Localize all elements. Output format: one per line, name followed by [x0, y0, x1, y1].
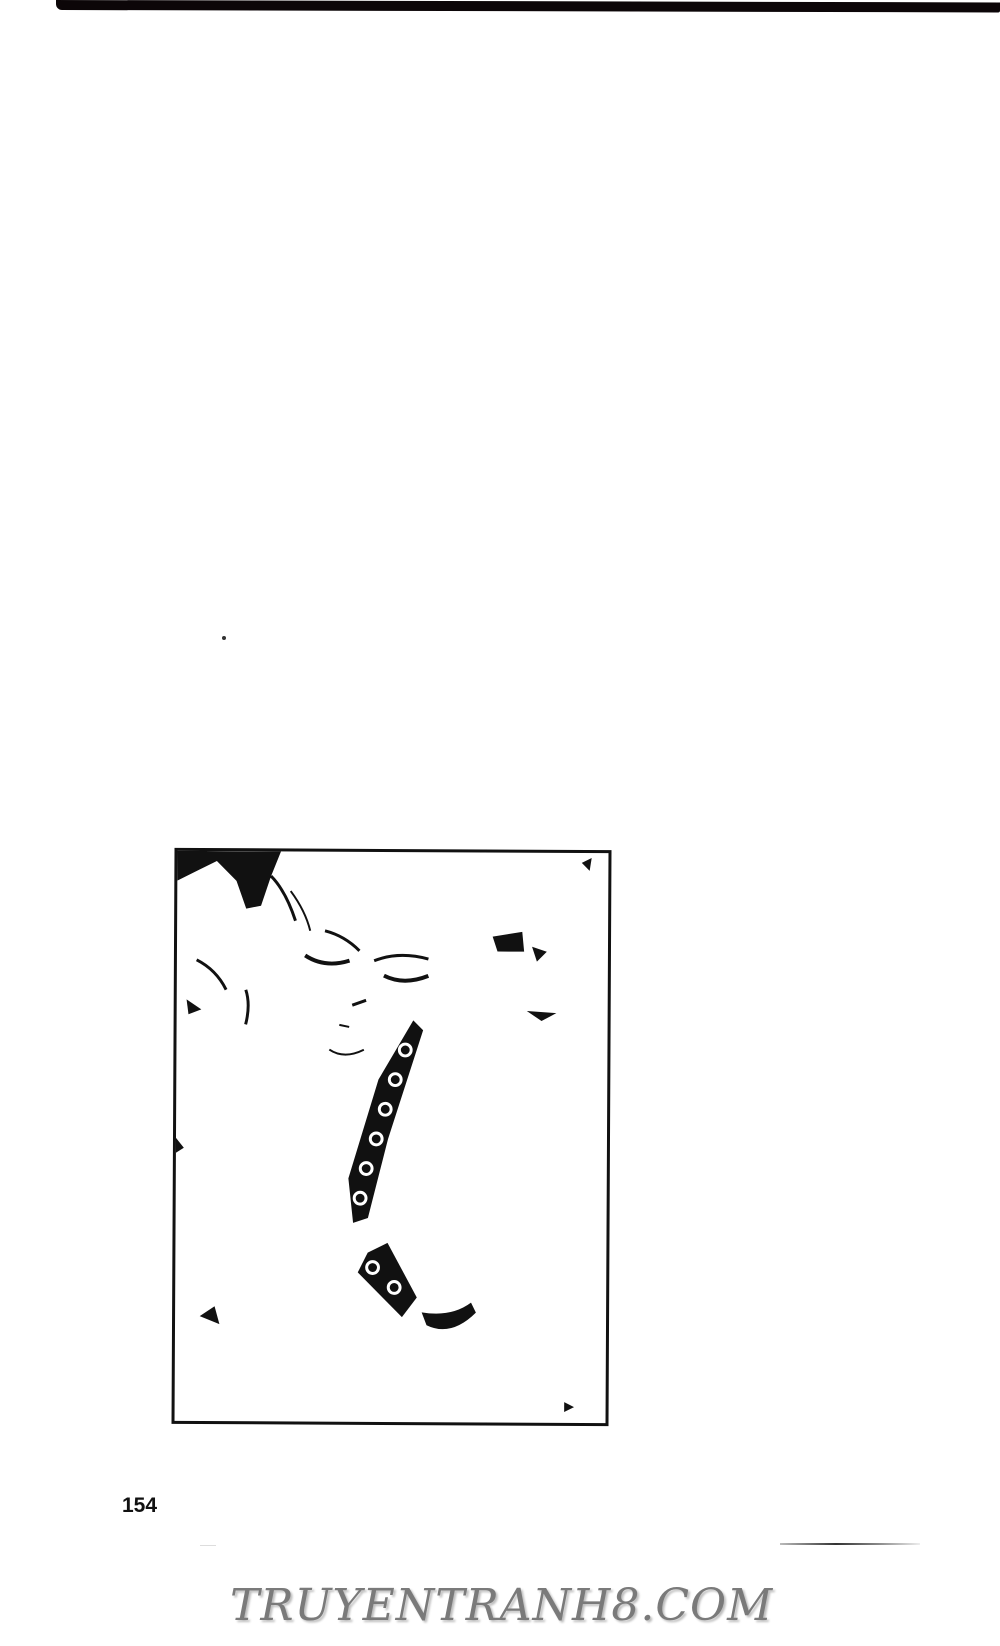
divider	[780, 1543, 920, 1545]
page-number: 154	[122, 1494, 157, 1518]
ink-speck	[222, 636, 226, 640]
top-border-rule	[56, 0, 1000, 12]
divider	[200, 1545, 216, 1546]
manga-panel	[171, 848, 611, 1426]
illustration-icon	[175, 851, 609, 1423]
site-watermark: TRUYENTRANH8.COM	[230, 1580, 730, 1631]
